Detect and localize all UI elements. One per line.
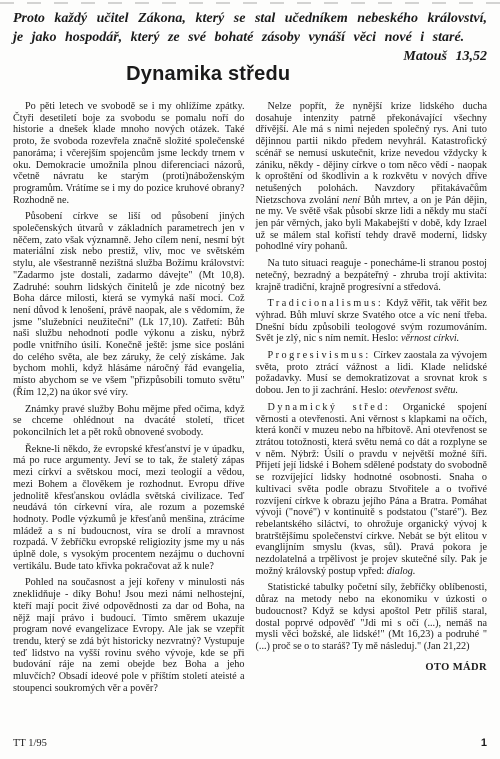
emphasis-text: věrnost církvi. [401, 333, 459, 344]
spaced-heading: Progresivismus: [268, 350, 371, 361]
page-footer: TT 1/95 1 [13, 737, 487, 749]
paragraph: Na tuto situaci reaguje - ponecháme-li s… [256, 258, 488, 293]
paragraph-text: Řekne-li někdo, že evropské křesťanství … [13, 444, 245, 572]
paragraph: Řekne-li někdo, že evropské křesťanství … [13, 444, 245, 573]
page-number: 1 [481, 737, 487, 749]
epigraph-text: Proto každý učitel Zákona, který se stal… [13, 11, 487, 45]
paragraph: Působení církve se liší od působení jiný… [13, 211, 245, 398]
left-column: Po pěti letech ve svobodě se i my ohlíží… [13, 101, 245, 699]
paragraph-text: Po pěti letech ve svobodě se i my ohlíží… [13, 101, 245, 206]
scan-artifact-line [0, 2, 500, 4]
spaced-heading: Dynamický střed: [268, 402, 391, 413]
paragraph-text: Organické spojení věrnosti a otevřenosti… [256, 402, 488, 577]
emphasis-text: není [343, 195, 361, 206]
paragraph-text: Nelze popřít, že nynější krize lidského … [256, 101, 488, 206]
journal-issue-label: TT 1/95 [13, 738, 47, 749]
paragraph: Známky pravé služby Bohu mějme před očim… [13, 404, 245, 439]
paragraph: Nelze popřít, že nynější krize lidského … [256, 101, 488, 253]
epigraph-citation: Matouš 13,52 [403, 47, 487, 66]
paragraph: Statistické tabulky početní síly, žebříč… [256, 582, 488, 652]
paragraph: Po pěti letech ve svobodě se i my ohlíží… [13, 101, 245, 206]
paragraph: Progresivismus: Církev zaostala za vývoj… [256, 350, 488, 397]
paragraph: Dynamický střed: Organické spojení věrno… [256, 402, 488, 578]
paragraph-text: Známky pravé služby Bohu mějme před očim… [13, 404, 245, 438]
author-byline: OTO MÁDR [256, 662, 488, 674]
paragraph-text: Na tuto situaci reaguje - ponecháme-li s… [256, 258, 488, 292]
article-body: Po pěti letech ve svobodě se i my ohlíží… [13, 101, 487, 699]
paragraph-text: Působení církve se liší od působení jiný… [13, 211, 245, 398]
spaced-heading: Tradicionalismus: [268, 298, 384, 309]
article-title: Dynamika středu [13, 63, 487, 86]
paragraph: Tradicionalismus: Když věřit, tak věřit … [256, 298, 488, 345]
right-column: Nelze popřít, že nynější krize lidského … [256, 101, 488, 699]
paragraph-text: Pohled na současnost a její kořeny v min… [13, 577, 245, 693]
paragraph-text: Statistické tabulky početní síly, žebříč… [256, 582, 488, 652]
epigraph: Proto každý učitel Zákona, který se stal… [13, 9, 487, 47]
document-page: Proto každý učitel Zákona, který se stal… [0, 0, 500, 759]
emphasis-text: dialog. [387, 566, 416, 577]
emphasis-text: otevřenost světu. [390, 385, 458, 396]
paragraph: Pohled na současnost a její kořeny v min… [13, 577, 245, 694]
